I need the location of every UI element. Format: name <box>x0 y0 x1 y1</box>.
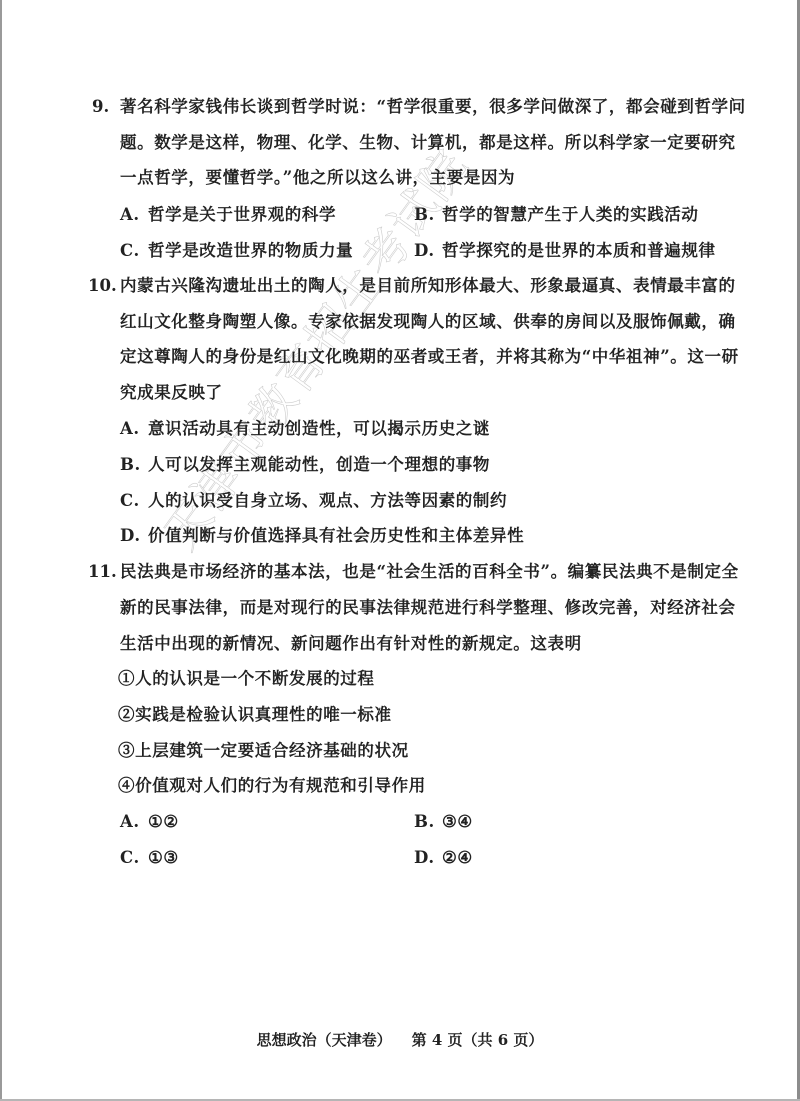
question-number: 10. <box>88 276 117 296</box>
option-b: B.人可以发挥主观能动性，创造一个理想的事物 <box>120 455 490 475</box>
option-text: ③④ <box>442 812 473 831</box>
option-c: C.①③ <box>120 848 179 868</box>
option-letter: B. <box>414 205 442 225</box>
statement-3: ③上层建筑一定要适合经济基础的状况 <box>118 741 409 761</box>
question-number: 11. <box>88 562 117 582</box>
option-letter: D. <box>414 241 442 261</box>
option-letter: A. <box>120 419 148 439</box>
option-text: ①③ <box>148 848 179 867</box>
option-a: A.意识活动具有主动创造性，可以揭示历史之谜 <box>120 419 490 439</box>
question-stem-line: 一点哲学，要懂哲学。”他之所以这么讲，主要是因为 <box>120 168 515 188</box>
page-footer: 思想政治（天津卷）第 4 页（共 6 页） <box>0 1030 800 1050</box>
statement-1: ①人的认识是一个不断发展的过程 <box>118 669 375 689</box>
option-text: 哲学探究的是世界的本质和普遍规律 <box>442 241 716 260</box>
option-text: 哲学是关于世界观的科学 <box>148 205 336 224</box>
question-stem-line: 民法典是市场经济的基本法，也是“社会生活的百科全书”。编纂民法典不是制定全 <box>120 562 739 582</box>
option-b: B.哲学的智慧产生于人类的实践活动 <box>414 205 699 225</box>
option-text: 人可以发挥主观能动性，创造一个理想的事物 <box>148 455 490 474</box>
option-letter: B. <box>414 812 442 832</box>
option-c: C.人的认识受自身立场、观点、方法等因素的制约 <box>120 491 507 511</box>
question-stem-line: 内蒙古兴隆沟遗址出土的陶人，是目前所知形体最大、形象最逼真、表情最丰富的 <box>120 276 736 296</box>
footer-page-number: 第 4 页（共 6 页） <box>412 1031 544 1049</box>
question-stem-line: 著名科学家钱伟长谈到哲学时说：“哲学很重要，很多学问做深了，都会碰到哲学问 <box>120 97 746 117</box>
option-a: A.哲学是关于世界观的科学 <box>120 205 336 225</box>
option-letter: D. <box>414 848 442 868</box>
option-letter: C. <box>120 491 148 511</box>
question-stem-line: 红山文化整身陶塑人像。专家依据发现陶人的区域、供奉的房间以及服饰佩戴，确 <box>120 312 736 332</box>
question-stem-line: 究成果反映了 <box>120 383 223 403</box>
footer-subject: 思想政治（天津卷） <box>257 1031 392 1049</box>
option-text: ①② <box>148 812 179 831</box>
option-text: 人的认识受自身立场、观点、方法等因素的制约 <box>148 491 507 510</box>
option-letter: A. <box>120 812 148 832</box>
exam-page: 天津市教育招生考试院 9. 著名科学家钱伟长谈到哲学时说：“哲学很重要，很多学问… <box>0 0 800 1101</box>
option-a: A.①② <box>120 812 179 832</box>
option-letter: C. <box>120 241 148 261</box>
option-text: 意识活动具有主动创造性，可以揭示历史之谜 <box>148 419 490 438</box>
option-text: 价值判断与价值选择具有社会历史性和主体差异性 <box>148 526 524 545</box>
statement-4: ④价值观对人们的行为有规范和引导作用 <box>118 776 426 796</box>
statement-2: ②实践是检验认识真理性的唯一标准 <box>118 705 392 725</box>
question-stem-line: 题。数学是这样，物理、化学、生物、计算机，都是这样。所以科学家一定要研究 <box>120 133 736 153</box>
option-c: C.哲学是改造世界的物质力量 <box>120 241 353 261</box>
question-stem-line: 新的民事法律，而是对现行的民事法律规范进行科学整理、修改完善，对经济社会 <box>120 598 736 618</box>
question-number: 9. <box>92 97 109 117</box>
page-border-left <box>0 0 2 1101</box>
option-text: 哲学的智慧产生于人类的实践活动 <box>442 205 699 224</box>
option-letter: A. <box>120 205 148 225</box>
option-letter: B. <box>120 455 148 475</box>
option-text: 哲学是改造世界的物质力量 <box>148 241 353 260</box>
option-letter: C. <box>120 848 148 868</box>
option-letter: D. <box>120 526 148 546</box>
question-stem-line: 定这尊陶人的身份是红山文化晚期的巫者或王者，并将其称为“中华祖神”。这一研 <box>120 347 739 367</box>
option-b: B.③④ <box>414 812 473 832</box>
option-d: D.价值判断与价值选择具有社会历史性和主体差异性 <box>120 526 524 546</box>
option-d: D.哲学探究的是世界的本质和普遍规律 <box>414 241 716 261</box>
question-stem-line: 生活中出现的新情况、新问题作出有针对性的新规定。这表明 <box>120 634 582 654</box>
option-d: D.②④ <box>414 848 473 868</box>
option-text: ②④ <box>442 848 473 867</box>
